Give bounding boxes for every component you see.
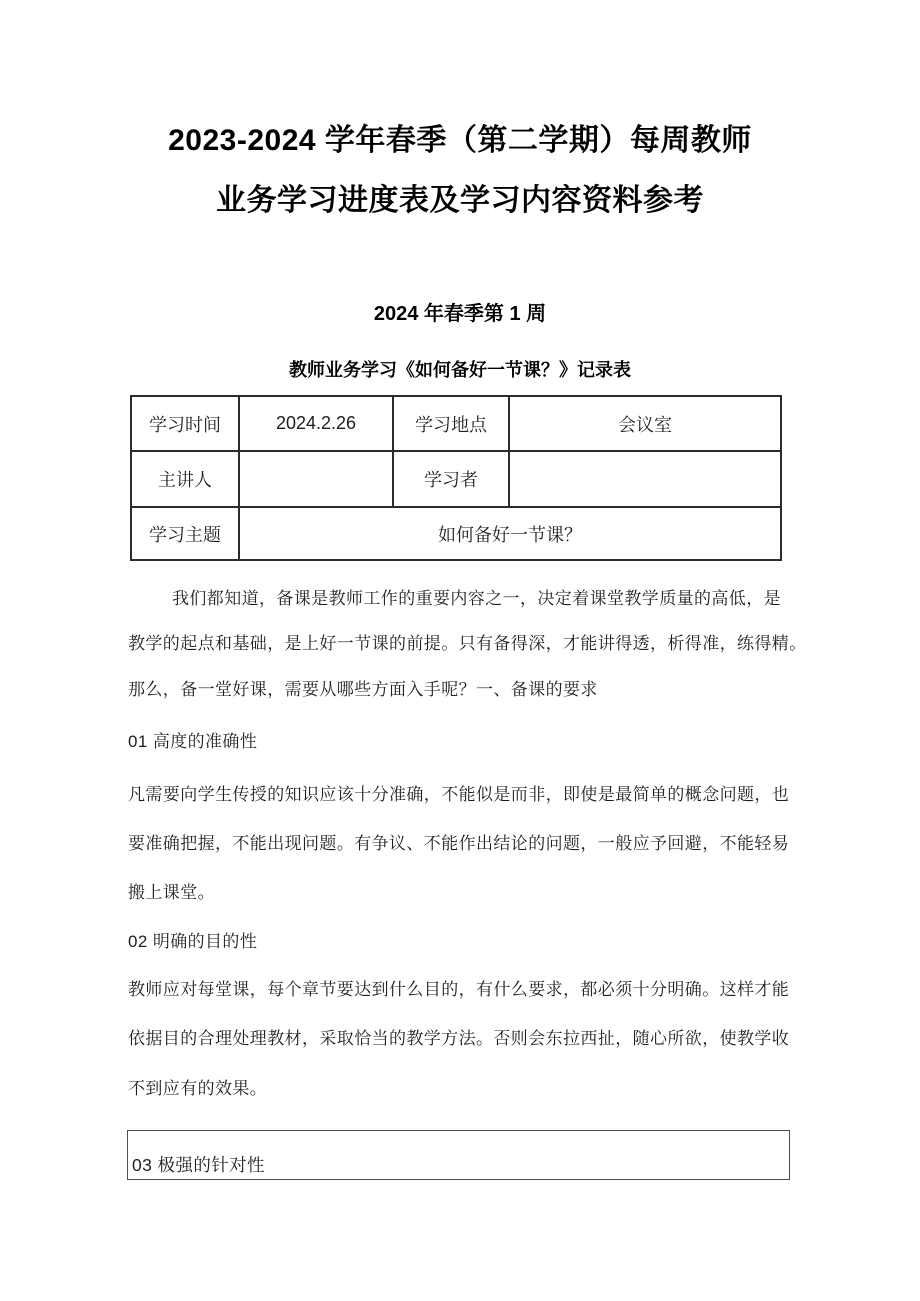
document-title-line2: 业务学习进度表及学习内容资料参考	[0, 171, 920, 231]
document-title-line1: 2023-2024 学年春季（第二学期）每周教师	[0, 111, 920, 171]
body-line-1: 我们都知道，备课是教师工作的重要内容之一，决定着课堂教学质量的高低，是	[172, 587, 852, 611]
body-line-7: 搬上课堂。	[128, 881, 808, 905]
table-row-speaker: 主讲人 学习者	[131, 451, 781, 507]
document-title: 2023-2024 学年春季（第二学期）每周教师 业务学习进度表及学习内容资料参…	[0, 111, 920, 231]
body-line-3: 那么，备一堂好课，需要从哪些方面入手呢？一、备课的要求	[128, 678, 808, 702]
section-heading-02: 02 明确的目的性	[128, 930, 808, 954]
table-row-study-time: 学习时间 2024.2.26 学习地点 会议室	[131, 396, 781, 451]
cell-value-speaker	[239, 451, 393, 507]
body-line-5: 凡需要向学生传授的知识应该十分准确，不能似是而非，即使是最简单的概念问题，也	[128, 783, 808, 807]
cell-label-study-time: 学习时间	[131, 396, 239, 451]
body-line-10: 依据目的合理处理教材，采取恰当的教学方法。否则会东拉西扯，随心所欲，使教学收	[128, 1027, 808, 1051]
cell-value-study-place: 会议室	[509, 396, 781, 451]
section-heading-01: 01 高度的准确性	[128, 730, 808, 754]
cell-value-study-topic: 如何备好一节课？	[239, 507, 781, 560]
body-line-6: 要准确把握，不能出现问题。有争议、不能作出结论的问题，一般应予回避，不能轻易	[128, 832, 808, 856]
cell-label-learners: 学习者	[393, 451, 509, 507]
cell-label-speaker: 主讲人	[131, 451, 239, 507]
boxed-heading-container: 03 极强的针对性	[127, 1130, 790, 1180]
table-row-study-topic: 学习主题 如何备好一节课？	[131, 507, 781, 560]
week-heading: 2024 年春季第 1 周	[0, 301, 920, 327]
record-table: 学习时间 2024.2.26 学习地点 会议室 主讲人 学习者 学习主题 如何备…	[130, 395, 782, 561]
record-table-title: 教师业务学习《如何备好一节课？》记录表	[0, 358, 920, 382]
section-heading-03: 03 极强的针对性	[128, 1153, 265, 1179]
cell-value-study-time: 2024.2.26	[239, 396, 393, 451]
document-page: 2023-2024 学年春季（第二学期）每周教师 业务学习进度表及学习内容资料参…	[0, 0, 920, 1301]
body-line-11: 不到应有的效果。	[128, 1077, 808, 1101]
cell-value-learners	[509, 451, 781, 507]
body-line-2: 教学的起点和基础，是上好一节课的前提。只有备得深，才能讲得透，析得准，练得精。	[128, 632, 808, 656]
cell-label-study-place: 学习地点	[393, 396, 509, 451]
body-line-9: 教师应对每堂课，每个章节要达到什么目的，有什么要求，都必须十分明确。这样才能	[128, 978, 808, 1002]
cell-label-study-topic: 学习主题	[131, 507, 239, 560]
